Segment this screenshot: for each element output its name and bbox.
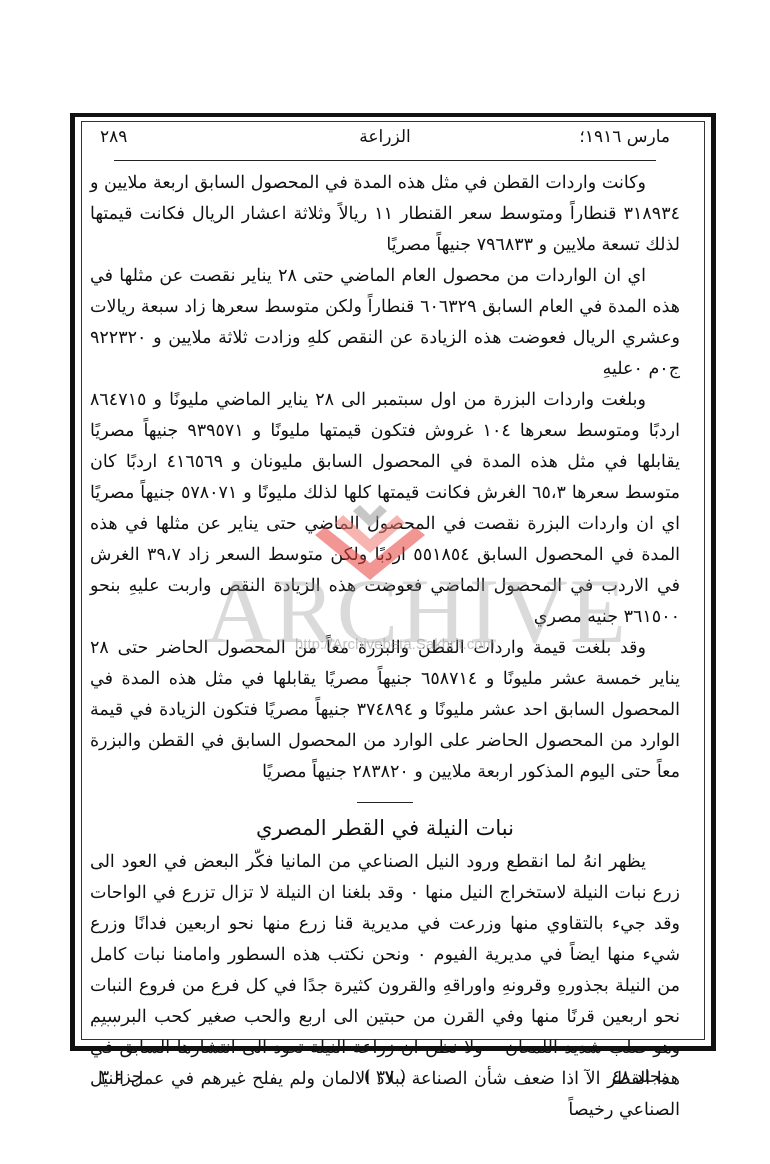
paragraph-total-value: وقد بلغت قيمة واردات القطن والبزرة معاً …: [90, 633, 680, 788]
trailing-dots: ٠٠٠٠٠: [92, 1018, 124, 1032]
page-number: ٢٨٩: [100, 127, 260, 147]
page-footer: مجلد ٤٨ ( ٣٧ ) جزء ٣: [100, 1062, 670, 1092]
part-label: جزء ٣: [100, 1067, 260, 1087]
header-rule: [114, 160, 656, 161]
paragraph-cotton-comparison: اي ان الواردات من محصول العام الماضي حتى…: [90, 261, 680, 385]
issue-date: مارس ١٩١٦؛: [510, 127, 670, 147]
article-body: وكانت واردات القطن في مثل هذه المدة في ا…: [90, 168, 680, 1126]
paragraph-cotton-imports: وكانت واردات القطن في مثل هذه المدة في ا…: [90, 168, 680, 261]
article-title-indigo: نبات النيلة في القطر المصري: [90, 809, 680, 847]
volume-label: مجلد ٤٨: [510, 1067, 670, 1087]
section-heading: الزراعة: [260, 127, 510, 147]
section-divider: [357, 802, 413, 803]
issue-page-number: ( ٣٧ ): [260, 1067, 510, 1087]
running-head: مارس ١٩١٦؛ الزراعة ٢٨٩: [100, 120, 670, 154]
paragraph-seed-imports: وبلغت واردات البزرة من اول سبتمبر الى ٢٨…: [90, 385, 680, 633]
